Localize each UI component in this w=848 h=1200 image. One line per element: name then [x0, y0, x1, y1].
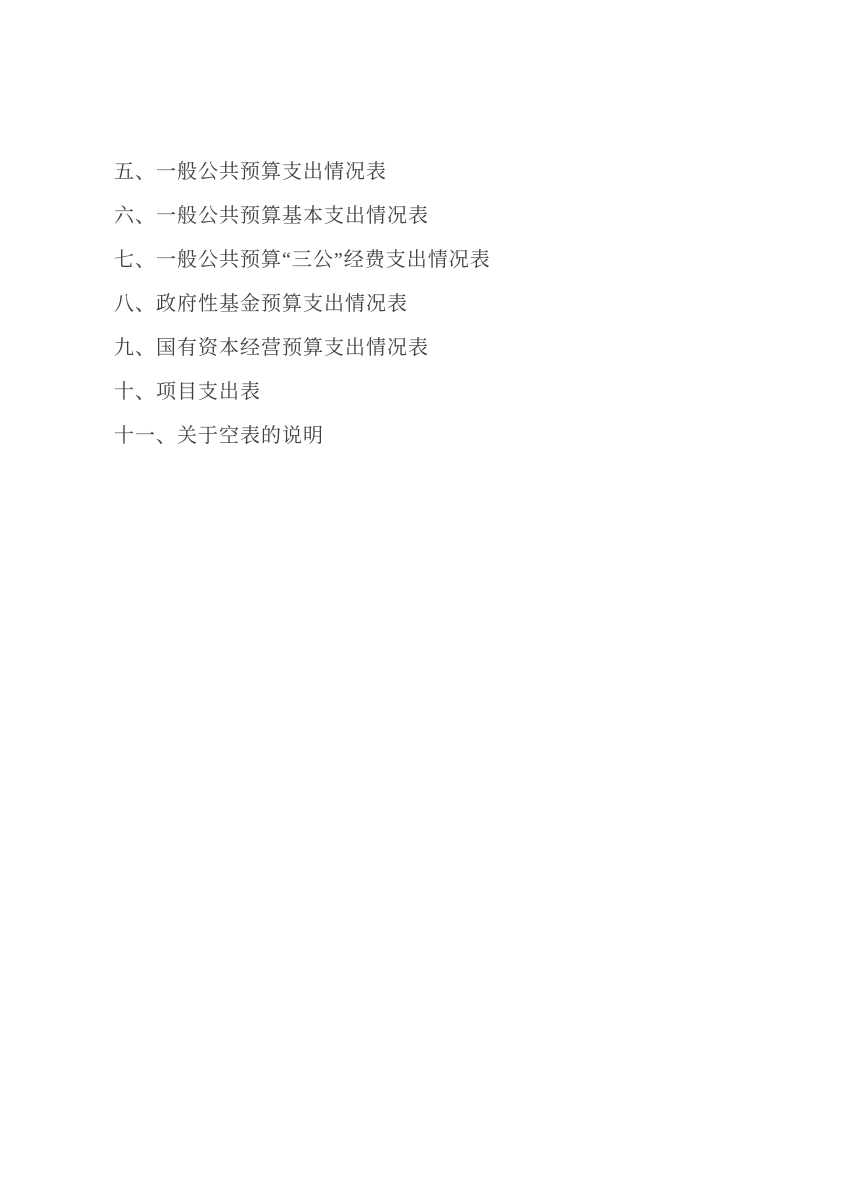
toc-line: 十、项目支出表 — [114, 382, 734, 402]
toc-line: 五、一般公共预算支出情况表 — [114, 162, 734, 182]
toc-line: 七、一般公共预算“三公”经费支出情况表 — [114, 250, 734, 270]
toc-line: 六、一般公共预算基本支出情况表 — [114, 206, 734, 226]
document-page: 五、一般公共预算支出情况表 六、一般公共预算基本支出情况表 七、一般公共预算“三… — [0, 0, 848, 1200]
toc-line: 八、政府性基金预算支出情况表 — [114, 294, 734, 314]
toc-line: 十一、关于空表的说明 — [114, 426, 734, 446]
toc-line: 九、国有资本经营预算支出情况表 — [114, 338, 734, 358]
table-of-contents: 五、一般公共预算支出情况表 六、一般公共预算基本支出情况表 七、一般公共预算“三… — [114, 162, 734, 470]
